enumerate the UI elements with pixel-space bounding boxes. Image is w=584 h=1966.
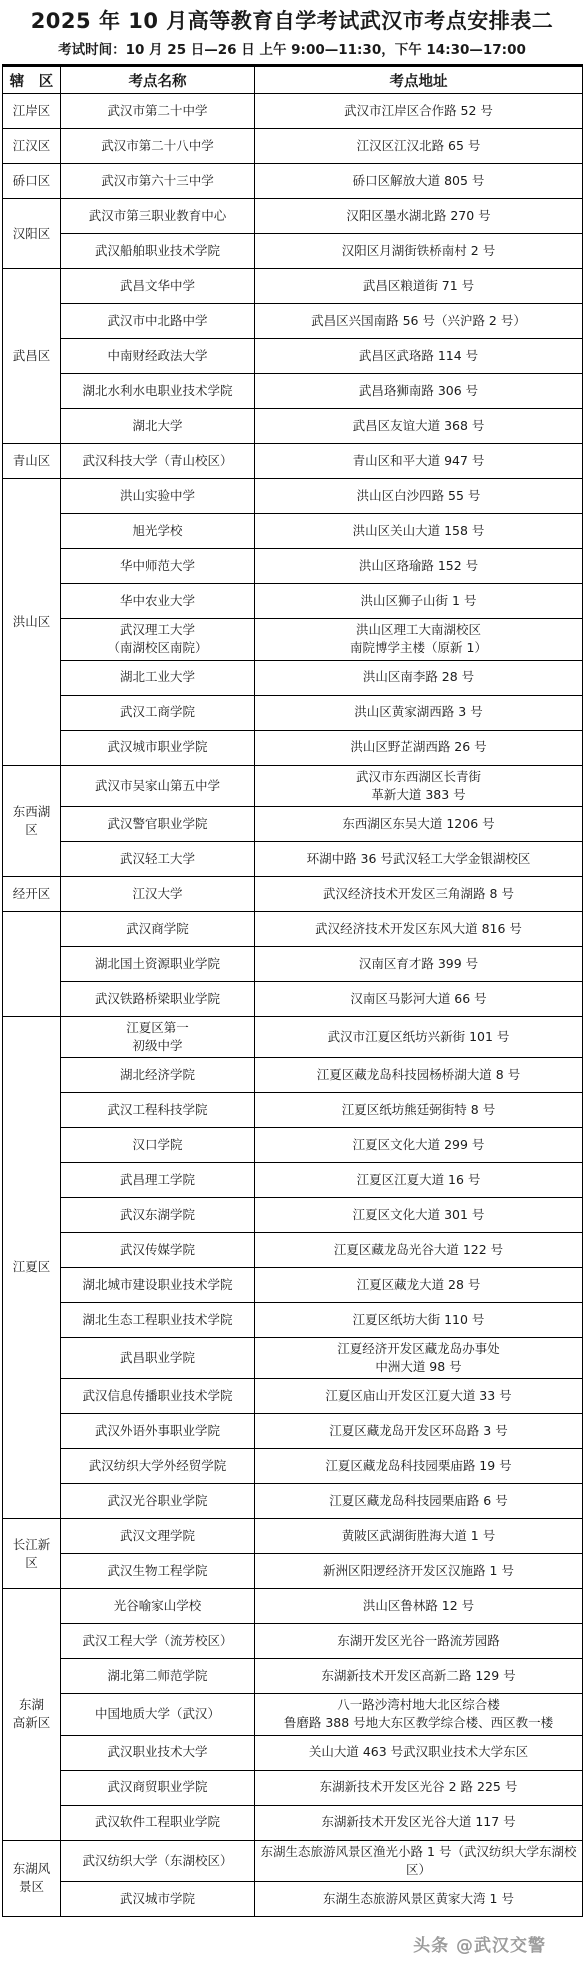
district-cell: 洪山区 (3, 479, 61, 765)
district-cell: 汉阳区 (3, 199, 61, 269)
table-row: 长江新 区武汉文理学院黄陂区武湖街胜海大道 1 号 (3, 1519, 583, 1554)
site-name-cell: 武汉市中北路中学 (61, 304, 255, 339)
table-row: 中南财经政法大学武昌区武珞路 114 号 (3, 339, 583, 374)
site-name-cell: 汉口学院 (61, 1128, 255, 1163)
site-name-cell: 武汉城市学院 (61, 1881, 255, 1916)
table-row: 江夏区江夏区第一 初级中学武汉市江夏区纸坊兴新街 101 号 (3, 1016, 583, 1057)
district-cell: 硚口区 (3, 164, 61, 199)
site-address-cell: 江夏经济开发区藏龙岛办事处 中洲大道 98 号 (255, 1338, 583, 1379)
site-name-cell: 武汉职业技术大学 (61, 1735, 255, 1770)
site-address-cell: 汉南区育才路 399 号 (255, 946, 583, 981)
site-address-cell: 洪山区狮子山街 1 号 (255, 584, 583, 619)
table-row: 武汉东湖学院江夏区文化大道 301 号 (3, 1198, 583, 1233)
site-name-cell: 武汉市吴家山第五中学 (61, 765, 255, 806)
table-row: 华中师范大学洪山区珞瑜路 152 号 (3, 549, 583, 584)
district-cell: 江夏区 (3, 1016, 61, 1519)
site-address-cell: 江汉区江汉北路 65 号 (255, 129, 583, 164)
district-cell: 江岸区 (3, 94, 61, 129)
site-name-cell: 武汉纺织大学（东湖校区） (61, 1840, 255, 1881)
site-name-cell: 武汉市第三职业教育中心 (61, 199, 255, 234)
site-address-cell: 东湖新技术开发区光谷 2 路 225 号 (255, 1770, 583, 1805)
table-header-row: 辖 区 考点名称 考点地址 (3, 66, 583, 94)
table-row: 武汉生物工程学院新洲区阳逻经济开发区汉施路 1 号 (3, 1554, 583, 1589)
site-address-cell: 新洲区阳逻经济开发区汉施路 1 号 (255, 1554, 583, 1589)
table-row: 武汉城市学院东湖生态旅游风景区黄家大湾 1 号 (3, 1881, 583, 1916)
site-name-cell: 武汉生物工程学院 (61, 1554, 255, 1589)
site-address-cell: 洪山区南李路 28 号 (255, 660, 583, 695)
site-address-cell: 东湖生态旅游风景区渔光小路 1 号（武汉纺织大学东湖校区） (255, 1840, 583, 1881)
table-row: 武汉市中北路中学武昌区兴国南路 56 号（兴沪路 2 号） (3, 304, 583, 339)
table-row: 湖北工业大学洪山区南李路 28 号 (3, 660, 583, 695)
table-row: 武汉警官职业学院东西湖区东吴大道 1206 号 (3, 806, 583, 841)
site-name-cell: 武汉工商学院 (61, 695, 255, 730)
district-cell: 东湖 高新区 (3, 1589, 61, 1840)
table-row: 武汉轻工大学环湖中路 36 号武汉轻工大学金银湖校区 (3, 841, 583, 876)
site-address-cell: 硚口区解放大道 805 号 (255, 164, 583, 199)
table-row: 武昌职业学院江夏经济开发区藏龙岛办事处 中洲大道 98 号 (3, 1338, 583, 1379)
table-row: 武汉船舶职业技术学院汉阳区月湖街铁桥南村 2 号 (3, 234, 583, 269)
site-address-cell: 江夏区藏龙大道 28 号 (255, 1268, 583, 1303)
table-row: 武汉理工大学 （南湖校区南院）洪山区理工大南湖校区 南院博学主楼（原新 1） (3, 619, 583, 660)
site-name-cell: 武汉传媒学院 (61, 1233, 255, 1268)
site-address-cell: 洪山区野芷湖西路 26 号 (255, 730, 583, 765)
district-cell: 长江新 区 (3, 1519, 61, 1589)
site-name-cell: 中国地质大学（武汉） (61, 1694, 255, 1735)
site-address-cell: 江夏区文化大道 299 号 (255, 1128, 583, 1163)
table-row: 经开区江汉大学武汉经济技术开发区三角湖路 8 号 (3, 876, 583, 911)
site-name-cell: 武汉信息传播职业技术学院 (61, 1379, 255, 1414)
site-name-cell: 湖北水利水电职业技术学院 (61, 374, 255, 409)
column-header-district: 辖 区 (3, 66, 61, 94)
table-row: 硚口区武汉市第六十三中学硚口区解放大道 805 号 (3, 164, 583, 199)
table-row: 东湖风 景区武汉纺织大学（东湖校区）东湖生态旅游风景区渔光小路 1 号（武汉纺织… (3, 1840, 583, 1881)
site-name-cell: 华中师范大学 (61, 549, 255, 584)
site-name-cell: 武汉警官职业学院 (61, 806, 255, 841)
table-row: 武汉城市职业学院洪山区野芷湖西路 26 号 (3, 730, 583, 765)
table-body: 江岸区武汉市第二十中学武汉市江岸区合作路 52 号江汉区武汉市第二十八中学江汉区… (3, 94, 583, 1917)
site-address-cell: 武汉经济技术开发区三角湖路 8 号 (255, 876, 583, 911)
site-address-cell: 武昌珞狮南路 306 号 (255, 374, 583, 409)
site-address-cell: 青山区和平大道 947 号 (255, 444, 583, 479)
table-row: 武汉工程科技学院江夏区纸坊熊廷弼街特 8 号 (3, 1093, 583, 1128)
watermark-text: 头条 @武汉交警 (0, 1917, 584, 1966)
district-cell (3, 911, 61, 1016)
site-name-cell: 武汉文理学院 (61, 1519, 255, 1554)
site-address-cell: 汉阳区墨水湖北路 270 号 (255, 199, 583, 234)
site-address-cell: 东湖新技术开发区高新二路 129 号 (255, 1659, 583, 1694)
table-row: 青山区武汉科技大学（青山校区）青山区和平大道 947 号 (3, 444, 583, 479)
site-name-cell: 武汉商贸职业学院 (61, 1770, 255, 1805)
site-address-cell: 武汉市江岸区合作路 52 号 (255, 94, 583, 129)
table-row: 武汉软件工程职业学院东湖新技术开发区光谷大道 117 号 (3, 1805, 583, 1840)
site-name-cell: 武昌理工学院 (61, 1163, 255, 1198)
site-name-cell: 武昌职业学院 (61, 1338, 255, 1379)
site-name-cell: 湖北城市建设职业技术学院 (61, 1268, 255, 1303)
site-address-cell: 江夏区文化大道 301 号 (255, 1198, 583, 1233)
table-row: 湖北国土资源职业学院汉南区育才路 399 号 (3, 946, 583, 981)
table-row: 湖北经济学院江夏区藏龙岛科技园杨桥湖大道 8 号 (3, 1058, 583, 1093)
table-row: 湖北第二师范学院东湖新技术开发区高新二路 129 号 (3, 1659, 583, 1694)
site-address-cell: 洪山区理工大南湖校区 南院博学主楼（原新 1） (255, 619, 583, 660)
site-address-cell: 汉阳区月湖街铁桥南村 2 号 (255, 234, 583, 269)
table-row: 武汉职业技术大学关山大道 463 号武汉职业技术大学东区 (3, 1735, 583, 1770)
site-address-cell: 洪山区黄家湖西路 3 号 (255, 695, 583, 730)
site-address-cell: 江夏区藏龙岛科技园杨桥湖大道 8 号 (255, 1058, 583, 1093)
site-name-cell: 湖北国土资源职业学院 (61, 946, 255, 981)
district-cell: 经开区 (3, 876, 61, 911)
site-name-cell: 光谷喻家山学校 (61, 1589, 255, 1624)
site-address-cell: 东湖生态旅游风景区黄家大湾 1 号 (255, 1881, 583, 1916)
site-address-cell: 关山大道 463 号武汉职业技术大学东区 (255, 1735, 583, 1770)
site-name-cell: 武汉市第二十中学 (61, 94, 255, 129)
site-name-cell: 江夏区第一 初级中学 (61, 1016, 255, 1057)
exam-sites-table: 辖 区 考点名称 考点地址 江岸区武汉市第二十中学武汉市江岸区合作路 52 号江… (2, 64, 583, 1917)
site-address-cell: 洪山区鲁林路 12 号 (255, 1589, 583, 1624)
site-name-cell: 旭光学校 (61, 514, 255, 549)
site-address-cell: 东湖开发区光谷一路流芳园路 (255, 1624, 583, 1659)
site-name-cell: 洪山实验中学 (61, 479, 255, 514)
site-name-cell: 武汉工程大学（流芳校区） (61, 1624, 255, 1659)
exam-time-subtitle: 考试时间：10 月 25 日—26 日 上午 9:00—11:30，下午 14:… (2, 38, 582, 58)
site-name-cell: 湖北生态工程职业技术学院 (61, 1303, 255, 1338)
table-row: 武汉纺织大学外经贸学院江夏区藏龙岛科技园栗庙路 19 号 (3, 1449, 583, 1484)
site-name-cell: 湖北经济学院 (61, 1058, 255, 1093)
site-name-cell: 武汉城市职业学院 (61, 730, 255, 765)
site-name-cell: 武汉商学院 (61, 911, 255, 946)
table-row: 武汉信息传播职业技术学院江夏区庙山开发区江夏大道 33 号 (3, 1379, 583, 1414)
site-address-cell: 武昌区友谊大道 368 号 (255, 409, 583, 444)
table-row: 湖北生态工程职业技术学院江夏区纸坊大街 110 号 (3, 1303, 583, 1338)
site-address-cell: 东西湖区东吴大道 1206 号 (255, 806, 583, 841)
table-row: 湖北大学武昌区友谊大道 368 号 (3, 409, 583, 444)
site-address-cell: 江夏区藏龙岛光谷大道 122 号 (255, 1233, 583, 1268)
table-row: 武昌区武昌文华中学武昌区粮道街 71 号 (3, 269, 583, 304)
site-name-cell: 武汉市第六十三中学 (61, 164, 255, 199)
site-address-cell: 汉南区马影河大道 66 号 (255, 981, 583, 1016)
table-row: 旭光学校洪山区关山大道 158 号 (3, 514, 583, 549)
table-row: 武汉商学院武汉经济技术开发区东风大道 816 号 (3, 911, 583, 946)
table-row: 湖北城市建设职业技术学院江夏区藏龙大道 28 号 (3, 1268, 583, 1303)
table-row: 华中农业大学洪山区狮子山街 1 号 (3, 584, 583, 619)
site-name-cell: 武汉软件工程职业学院 (61, 1805, 255, 1840)
site-address-cell: 洪山区珞瑜路 152 号 (255, 549, 583, 584)
site-name-cell: 武汉船舶职业技术学院 (61, 234, 255, 269)
site-name-cell: 湖北工业大学 (61, 660, 255, 695)
table-row: 湖北水利水电职业技术学院武昌珞狮南路 306 号 (3, 374, 583, 409)
site-address-cell: 东湖新技术开发区光谷大道 117 号 (255, 1805, 583, 1840)
site-address-cell: 江夏区纸坊熊廷弼街特 8 号 (255, 1093, 583, 1128)
table-row: 汉阳区武汉市第三职业教育中心汉阳区墨水湖北路 270 号 (3, 199, 583, 234)
site-name-cell: 武汉光谷职业学院 (61, 1484, 255, 1519)
site-name-cell: 湖北第二师范学院 (61, 1659, 255, 1694)
site-name-cell: 江汉大学 (61, 876, 255, 911)
table-row: 武汉工程大学（流芳校区）东湖开发区光谷一路流芳园路 (3, 1624, 583, 1659)
district-cell: 东湖风 景区 (3, 1840, 61, 1916)
site-address-cell: 武汉经济技术开发区东风大道 816 号 (255, 911, 583, 946)
site-name-cell: 武汉理工大学 （南湖校区南院） (61, 619, 255, 660)
site-name-cell: 湖北大学 (61, 409, 255, 444)
table-row: 武汉商贸职业学院东湖新技术开发区光谷 2 路 225 号 (3, 1770, 583, 1805)
district-cell: 江汉区 (3, 129, 61, 164)
table-row: 武汉光谷职业学院江夏区藏龙岛科技园栗庙路 6 号 (3, 1484, 583, 1519)
table-row: 江汉区武汉市第二十八中学江汉区江汉北路 65 号 (3, 129, 583, 164)
site-address-cell: 环湖中路 36 号武汉轻工大学金银湖校区 (255, 841, 583, 876)
table-row: 汉口学院江夏区文化大道 299 号 (3, 1128, 583, 1163)
site-address-cell: 江夏区藏龙岛科技园栗庙路 6 号 (255, 1484, 583, 1519)
table-row: 武昌理工学院江夏区江夏大道 16 号 (3, 1163, 583, 1198)
site-address-cell: 江夏区纸坊大街 110 号 (255, 1303, 583, 1338)
table-row: 武汉传媒学院江夏区藏龙岛光谷大道 122 号 (3, 1233, 583, 1268)
site-address-cell: 洪山区关山大道 158 号 (255, 514, 583, 549)
site-name-cell: 武汉轻工大学 (61, 841, 255, 876)
site-name-cell: 武汉科技大学（青山校区） (61, 444, 255, 479)
site-name-cell: 武汉纺织大学外经贸学院 (61, 1449, 255, 1484)
site-address-cell: 武昌区武珞路 114 号 (255, 339, 583, 374)
site-name-cell: 武汉铁路桥梁职业学院 (61, 981, 255, 1016)
site-address-cell: 江夏区庙山开发区江夏大道 33 号 (255, 1379, 583, 1414)
table-row: 东西湖 区武汉市吴家山第五中学武汉市东西湖区长青街 革新大道 383 号 (3, 765, 583, 806)
site-address-cell: 武汉市东西湖区长青街 革新大道 383 号 (255, 765, 583, 806)
site-name-cell: 华中农业大学 (61, 584, 255, 619)
district-cell: 武昌区 (3, 269, 61, 444)
site-address-cell: 江夏区江夏大道 16 号 (255, 1163, 583, 1198)
table-row: 武汉铁路桥梁职业学院汉南区马影河大道 66 号 (3, 981, 583, 1016)
table-row: 江岸区武汉市第二十中学武汉市江岸区合作路 52 号 (3, 94, 583, 129)
site-address-cell: 武汉市江夏区纸坊兴新街 101 号 (255, 1016, 583, 1057)
site-address-cell: 武昌区粮道街 71 号 (255, 269, 583, 304)
site-address-cell: 八一路沙湾村地大北区综合楼 鲁磨路 388 号地大东区教学综合楼、西区教一楼 (255, 1694, 583, 1735)
column-header-site-name: 考点名称 (61, 66, 255, 94)
site-name-cell: 武汉东湖学院 (61, 1198, 255, 1233)
site-name-cell: 武昌文华中学 (61, 269, 255, 304)
column-header-site-address: 考点地址 (255, 66, 583, 94)
site-address-cell: 江夏区藏龙岛开发区环岛路 3 号 (255, 1414, 583, 1449)
page-title: 2025 年 10 月高等教育自学考试武汉市考点安排表二 (2, 8, 582, 35)
table-row: 东湖 高新区光谷喻家山学校洪山区鲁林路 12 号 (3, 1589, 583, 1624)
site-address-cell: 武昌区兴国南路 56 号（兴沪路 2 号） (255, 304, 583, 339)
site-address-cell: 洪山区白沙四路 55 号 (255, 479, 583, 514)
site-name-cell: 武汉工程科技学院 (61, 1093, 255, 1128)
district-cell: 青山区 (3, 444, 61, 479)
site-name-cell: 中南财经政法大学 (61, 339, 255, 374)
exam-schedule-document: 2025 年 10 月高等教育自学考试武汉市考点安排表二 考试时间：10 月 2… (0, 8, 584, 1966)
table-row: 中国地质大学（武汉）八一路沙湾村地大北区综合楼 鲁磨路 388 号地大东区教学综… (3, 1694, 583, 1735)
table-row: 武汉工商学院洪山区黄家湖西路 3 号 (3, 695, 583, 730)
site-name-cell: 武汉外语外事职业学院 (61, 1414, 255, 1449)
site-name-cell: 武汉市第二十八中学 (61, 129, 255, 164)
site-address-cell: 江夏区藏龙岛科技园栗庙路 19 号 (255, 1449, 583, 1484)
table-row: 洪山区洪山实验中学洪山区白沙四路 55 号 (3, 479, 583, 514)
site-address-cell: 黄陂区武湖街胜海大道 1 号 (255, 1519, 583, 1554)
table-row: 武汉外语外事职业学院江夏区藏龙岛开发区环岛路 3 号 (3, 1414, 583, 1449)
district-cell: 东西湖 区 (3, 765, 61, 876)
